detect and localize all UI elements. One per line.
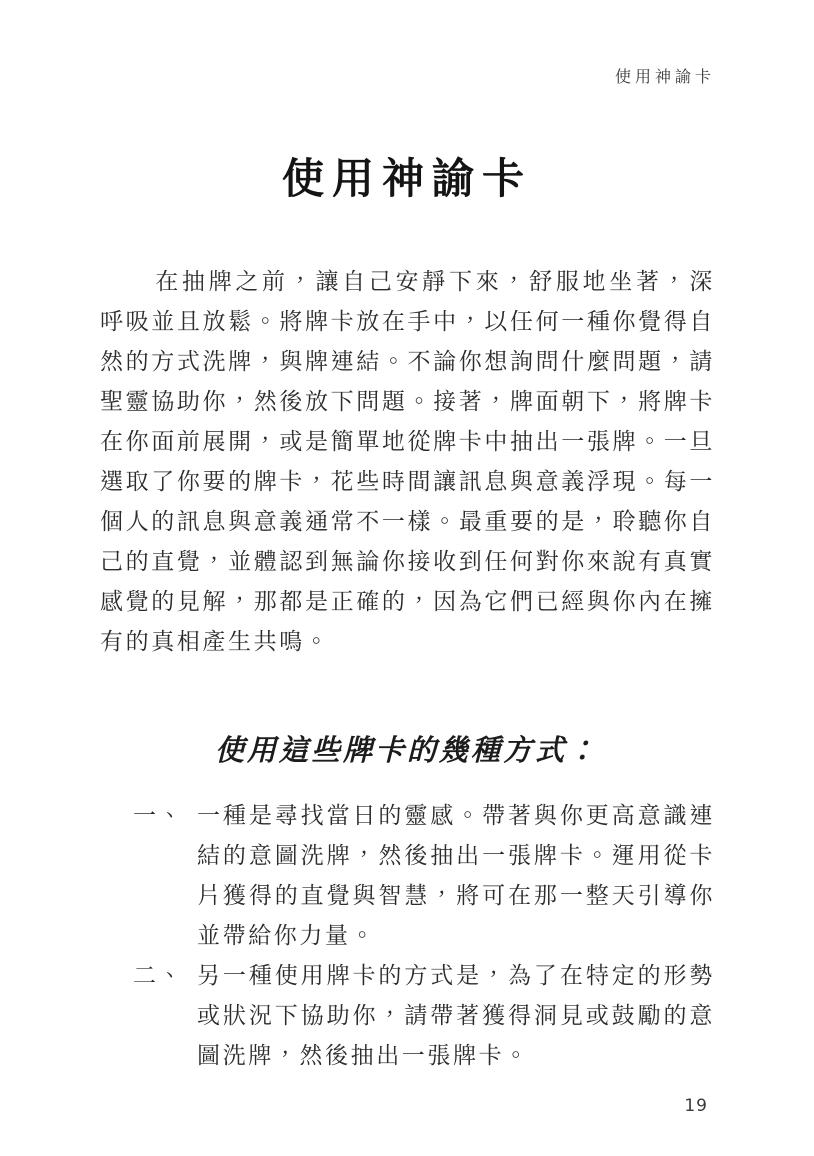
chapter-title: 使用神諭卡 xyxy=(0,0,814,206)
list-item-text: 另一種使用牌卡的方式是，為了在特定的形勢或狀況下協助你，請帶著獲得洞見或鼓勵的意… xyxy=(197,956,715,1076)
list-item: 二、 另一種使用牌卡的方式是，為了在特定的形勢或狀況下協助你，請帶著獲得洞見或鼓… xyxy=(133,956,715,1076)
running-header: 使用神諭卡 xyxy=(615,64,715,87)
list-item-text: 一種是尋找當日的靈感。帶著與你更高意識連結的意圖洗牌，然後抽出一張牌卡。運用從卡… xyxy=(197,796,715,956)
page-number: 19 xyxy=(684,1096,708,1116)
list-item-marker: 一、 xyxy=(133,796,197,836)
section-heading: 使用這些牌卡的幾種方式： xyxy=(0,728,814,772)
book-page: 使用神諭卡 使用神諭卡 在抽牌之前，讓自己安靜下來，舒服地坐著，深呼吸並且放鬆。… xyxy=(0,0,814,1156)
methods-list: 一、 一種是尋找當日的靈感。帶著與你更高意識連結的意圖洗牌，然後抽出一張牌卡。運… xyxy=(0,796,814,1076)
intro-paragraph: 在抽牌之前，讓自己安靜下來，舒服地坐著，深呼吸並且放鬆。將牌卡放在手中，以任何一… xyxy=(0,262,814,662)
list-item-marker: 二、 xyxy=(133,956,197,996)
list-item: 一、 一種是尋找當日的靈感。帶著與你更高意識連結的意圖洗牌，然後抽出一張牌卡。運… xyxy=(133,796,715,956)
